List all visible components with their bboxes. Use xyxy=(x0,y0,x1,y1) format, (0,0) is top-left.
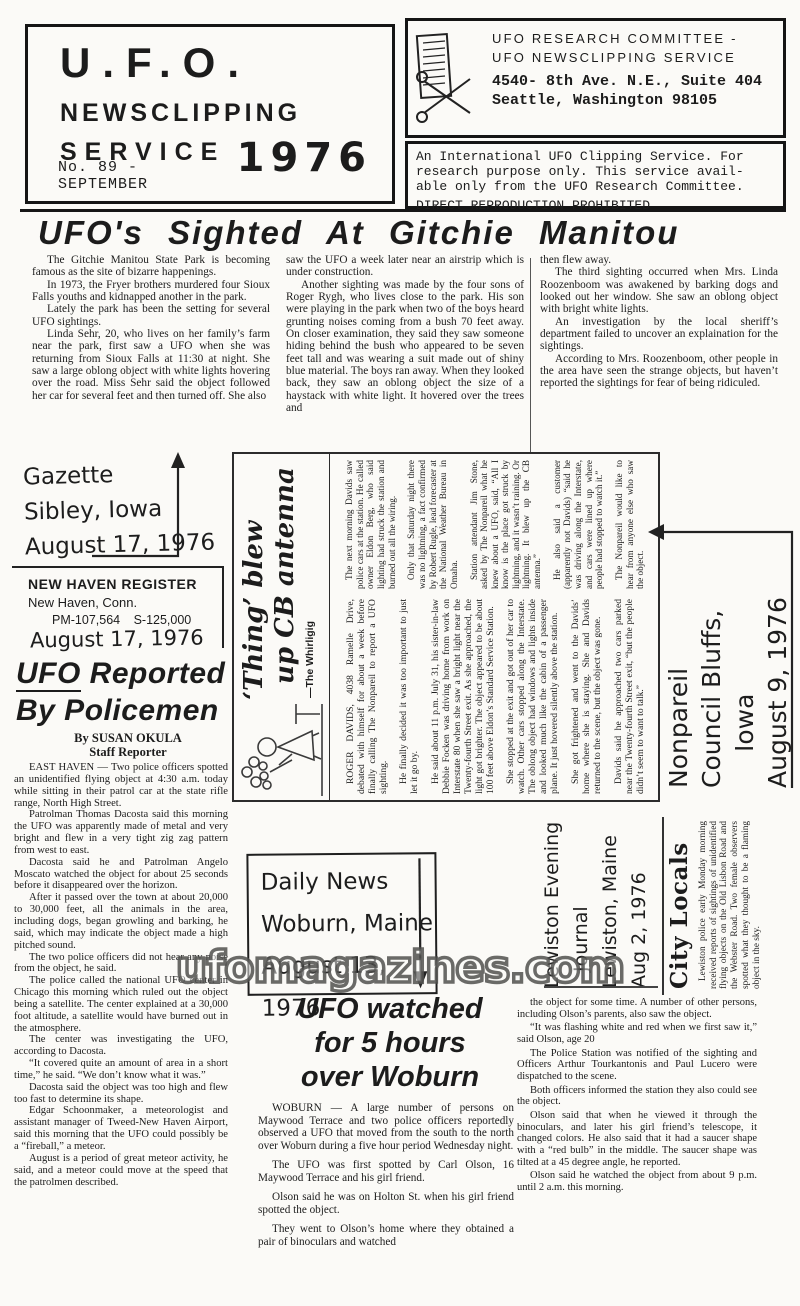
paragraph: Olson said he was on Holton St. when his… xyxy=(258,1191,514,1216)
masthead-divider-rule xyxy=(20,209,786,212)
headline-ufo-underlined: UFO xyxy=(16,657,81,692)
paragraph: The center was investigating the UFO, ac… xyxy=(14,1034,228,1058)
address-lines: 4540- 8th Ave. N.E., Suite 404Seattle, W… xyxy=(492,72,762,110)
masthead-title-newsclipping: NEWSCLIPPING xyxy=(60,101,392,126)
headline-line-2: By Policemen xyxy=(16,692,238,729)
woburn-column-2: the object for some time. A number of ot… xyxy=(517,997,757,1196)
paragraph: He finally decided it was too important … xyxy=(398,599,420,794)
newspaper-location: New Haven, Conn. xyxy=(28,595,197,611)
paragraph: The UFO was first spotted by Carl Olson,… xyxy=(258,1159,514,1184)
committee-text: UFO RESEARCH COMMITTEE -UFO NEWSCLIPPING… xyxy=(492,29,762,131)
paragraph: Both officers informed the station they … xyxy=(517,1085,757,1108)
new-haven-source-label: NEW HAVEN REGISTER New Haven, Conn. PM-1… xyxy=(28,576,197,628)
headline-line-2: up CB antenna xyxy=(270,458,301,700)
paragraph: Olson said that when he viewed it throug… xyxy=(517,1110,757,1168)
paragraph: then flew away. xyxy=(540,254,778,266)
paragraph: He also said a customer (apparently not … xyxy=(552,460,605,589)
paragraph: August is a period of great meteor activ… xyxy=(14,1153,228,1189)
headline-line-1: ‘Thing’ blew xyxy=(239,458,270,700)
byline-author: By SUSAN OKULA xyxy=(28,731,228,745)
left-arrow-annotation xyxy=(646,518,798,792)
paragraph: She stopped at the exit and got out of h… xyxy=(505,599,560,794)
clipping-corner-rule-vertical xyxy=(222,566,224,648)
paragraph: the object for some time. A number of ot… xyxy=(517,997,757,1020)
paragraph: Edgar Schoonmaker, a meteorologist and a… xyxy=(14,1105,228,1152)
paragraph: The Gitchie Manitou State Park is becomi… xyxy=(32,254,270,279)
issue-number: No. 89 - SEPTEMBER xyxy=(58,159,237,193)
service-notice: An International UFO Clipping Service. F… xyxy=(416,149,775,194)
address-line: Seattle, Washington 98105 xyxy=(492,91,762,110)
committee-line: UFO RESEARCH COMMITTEE - xyxy=(492,29,762,48)
masthead-title-ufo: U.F.O. xyxy=(60,42,392,84)
headline-line: for 5 hours xyxy=(255,1026,525,1060)
service-notice-box: An International UFO Clipping Service. F… xyxy=(405,141,786,209)
byline: By SUSAN OKULA Staff Reporter xyxy=(28,731,228,759)
gitchie-column-3: then flew away.The third sighting occurr… xyxy=(540,254,778,390)
paragraph: She got frightened and went to the David… xyxy=(570,599,603,794)
byline-role: Staff Reporter xyxy=(28,745,228,759)
issue-year: 1976 xyxy=(237,138,372,178)
paragraph: WOBURN — A large number of persons on Ma… xyxy=(258,1102,514,1152)
notice-line: research purpose only. This service avai… xyxy=(416,164,775,179)
watermark-text: ufomagazines.com xyxy=(0,944,800,992)
committee-address-box: UFO RESEARCH COMMITTEE -UFO NEWSCLIPPING… xyxy=(405,18,786,138)
handwritten-date: August 17, 1976 xyxy=(30,625,204,652)
column-rule xyxy=(530,258,531,452)
whirligig-headline: ‘Thing’ blew up CB antenna —The Whirligi… xyxy=(234,454,329,700)
paragraph: In 1973, the Fryer brothers murdered fou… xyxy=(32,279,270,304)
paragraph: Another sighting was made by the four so… xyxy=(286,279,524,415)
committee-line: UFO NEWSCLIPPING SERVICE xyxy=(492,48,762,67)
paragraph: Dacosta said the object was too high and… xyxy=(14,1082,228,1106)
committee-lines: UFO RESEARCH COMMITTEE -UFO NEWSCLIPPING… xyxy=(492,29,762,67)
column-credit: —The Whirligig xyxy=(304,458,316,698)
paragraph: The Police Station was notified of the s… xyxy=(517,1048,757,1083)
gitchie-column-1: The Gitchie Manitou State Park is becomi… xyxy=(32,254,270,402)
paragraph: The Nonpareil would like to hear from an… xyxy=(614,460,646,589)
paragraph: ROGER DAVIDS, 4038 Ramelle Drive, debate… xyxy=(345,599,389,794)
masthead-title-box: U.F.O. NEWSCLIPPING SERVICE No. 89 - SEP… xyxy=(25,24,395,204)
whirligig-column-2: The next morning Davids saw police cars … xyxy=(330,454,660,594)
paragraph: Dacosta said he and Patrolman Angelo Mos… xyxy=(14,857,228,893)
woburn-headline: UFO watchedfor 5 hoursover Woburn xyxy=(255,992,525,1094)
paragraph: Linda Sehr, 20, who lives on her family’… xyxy=(32,328,270,402)
headline-line: UFO watched xyxy=(255,992,525,1026)
whirligig-rotated-clipping: ‘Thing’ blew up CB antenna —The Whirligi… xyxy=(232,452,660,802)
paragraph: EAST HAVEN — Two police officers spotted… xyxy=(14,762,228,809)
gitchie-headline: UFO's Sighted At Gitchie Manitou xyxy=(38,215,778,251)
paragraph: Olson said he watched the object from ab… xyxy=(517,1170,757,1193)
clipping-corner-rule xyxy=(12,566,224,568)
masthead-issue-row: No. 89 - SEPTEMBER 1976 xyxy=(58,138,372,193)
paragraph: saw the UFO a week later near an airstri… xyxy=(286,254,524,279)
notice-line: able only from the UFO Research Committe… xyxy=(416,179,775,194)
gitchie-column-2: saw the UFO a week later near an airstri… xyxy=(286,254,524,414)
paragraph: He said about 11 p.m. July 31, his siste… xyxy=(430,599,496,794)
paragraph: According to Mrs. Roozenboom, other peop… xyxy=(540,353,778,390)
up-arrow-annotation xyxy=(86,450,190,562)
paragraph: The next morning Davids saw police cars … xyxy=(344,460,397,589)
headline-line: over Woburn xyxy=(255,1060,525,1094)
whirligig-article-columns: ROGER DAVIDS, 4038 Ramelle Drive, debate… xyxy=(330,454,660,800)
clipping-scissors-icon xyxy=(414,29,482,125)
whirligig-column-1: ROGER DAVIDS, 4038 Ramelle Drive, debate… xyxy=(330,594,660,800)
whirligig-headline-strip: ‘Thing’ blew up CB antenna —The Whirligi… xyxy=(234,454,330,800)
paragraph: Davids said he approached two cars parke… xyxy=(613,599,646,794)
scanned-newsletter-page: U.F.O. NEWSCLIPPING SERVICE No. 89 - SEP… xyxy=(0,0,800,1306)
paragraph: They went to Olson’s home where they obt… xyxy=(258,1223,514,1248)
whirligig-cartoon-illustration xyxy=(234,700,326,800)
address-line: 4540- 8th Ave. N.E., Suite 404 xyxy=(492,72,762,91)
notice-line: An International UFO Clipping Service. F… xyxy=(416,149,775,164)
paragraph: Patrolman Thomas Dacosta said this morni… xyxy=(14,809,228,856)
paragraph: An investigation by the local sheriff’s … xyxy=(540,316,778,353)
newspaper-name: NEW HAVEN REGISTER xyxy=(28,576,197,593)
woburn-column-1: WOBURN — A large number of persons on Ma… xyxy=(258,1102,514,1255)
paragraph: The third sighting occurred when Mrs. Li… xyxy=(540,266,778,315)
new-haven-headline: UFO Reported By Policemen xyxy=(16,655,238,729)
headline-line-1: UFO Reported xyxy=(16,655,238,692)
paragraph: Only that Saturday night there was no li… xyxy=(406,460,459,589)
paragraph: Station attendant Jim Stone, asked by Th… xyxy=(469,460,543,589)
paragraph: “It covered quite an amount of area in a… xyxy=(14,1058,228,1082)
paragraph: “It was flashing white and red when we f… xyxy=(517,1022,757,1045)
headline-rest: Reported xyxy=(81,657,226,690)
paragraph: Lately the park has been the setting for… xyxy=(32,303,270,328)
